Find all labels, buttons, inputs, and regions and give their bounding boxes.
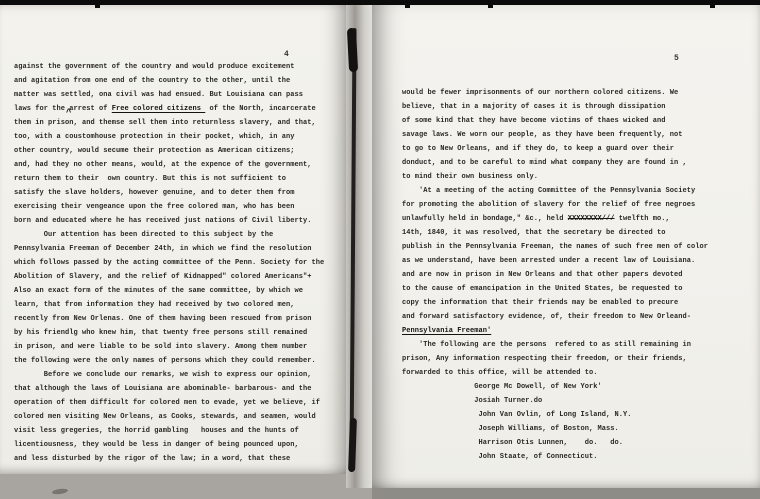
text-line: licentiousness, they would be less in da… <box>14 438 324 452</box>
text-segment: other country, would secume their protec… <box>14 147 295 155</box>
text-segment: John Van Ovlin, of Long Island, N.Y. <box>402 411 632 419</box>
text-segment: and forward satisfactory evidence, of, t… <box>402 313 691 321</box>
text-line: George Mc Dowell, of New York' <box>402 380 708 394</box>
text-segment: Our attention has been directed to this … <box>14 231 273 239</box>
text-segment: Before we conclude our remarks, we wish … <box>14 371 312 379</box>
text-segment: 'The following are the persons refered t… <box>402 341 691 349</box>
text-segment: unlawfully held in bondage," &c., held <box>402 215 568 223</box>
text-segment: by his friendlg who knew him, that twent… <box>14 329 307 337</box>
text-line: John Van Ovlin, of Long Island, N.Y. <box>402 408 708 422</box>
text-segment: as we understand, have been arrested und… <box>402 257 695 265</box>
page-number: 5 <box>674 54 679 63</box>
text-segment: 14th, 1840, it was resolved, that the se… <box>402 229 666 237</box>
text-segment: to go to New Orleans, and if they do, to… <box>402 145 674 153</box>
text-segment: George Mc Dowell, of New York' <box>402 383 602 391</box>
text-segment: return them to their own country. But th… <box>14 175 286 183</box>
underlined-text: Free colored citizens <box>112 105 206 113</box>
scanner-top-edge <box>0 0 760 5</box>
text-line: Also an exact form of the minutes of the… <box>14 284 324 298</box>
text-line: which follows passed by the acting commi… <box>14 256 324 270</box>
text-segment: learn, that from information they had re… <box>14 301 295 309</box>
text-segment: which follows passed by the acting commi… <box>14 259 324 267</box>
text-line: savage laws. We worn our people, as they… <box>402 128 708 142</box>
text-segment: operation of them difficult for colored … <box>14 399 320 407</box>
text-line: other country, would secume their protec… <box>14 144 324 158</box>
text-line: copy the information that their friends … <box>402 296 708 310</box>
binding-mark <box>488 5 493 8</box>
text-line: colored men visiting New Orleans, as Coo… <box>14 410 324 424</box>
text-segment: would be fewer imprisonments of our nort… <box>402 89 678 97</box>
text-line: forwarded to this office, will be attend… <box>402 366 708 380</box>
struck-out-text: XXXXXXXX/// <box>568 215 615 223</box>
ink-smudge <box>52 488 69 495</box>
binding-mark <box>405 5 410 8</box>
text-segment: Joseph Williams, of Boston, Mass. <box>402 425 619 433</box>
text-segment: and are now in prison in New Orleans and… <box>402 271 683 279</box>
text-line: recently from New Orlenas. One of them h… <box>14 312 324 326</box>
text-segment: publish in the Pennsylvania Freeman, the… <box>402 243 708 251</box>
text-segment: Pennsylvania Freeman of December 24th, i… <box>14 245 312 253</box>
left-page-text: against the government of the country an… <box>14 60 324 466</box>
text-line: against the government of the country an… <box>14 60 324 74</box>
text-line: matter was settled, ona civil was had en… <box>14 88 324 102</box>
text-segment: to the cause of emancipation in the Unit… <box>402 285 683 293</box>
text-line: John Staate, of Connecticut. <box>402 450 708 464</box>
text-segment: John Staate, of Connecticut. <box>402 453 598 461</box>
text-segment: and less disturbed by the rigor of the l… <box>14 455 290 463</box>
text-segment: and, had they no other means, would, at … <box>14 161 312 169</box>
text-line: exercising their vengeance upon the free… <box>14 200 324 214</box>
text-line: believe, that in a majority of cases it … <box>402 100 708 114</box>
text-segment: copy the information that their friends … <box>402 299 678 307</box>
text-line: and forward satisfactory evidence, of, t… <box>402 310 708 324</box>
text-segment: Abolition of Slavery, and the relief of … <box>14 273 312 281</box>
page-number: 4 <box>284 50 289 59</box>
text-segment: savage laws. We worn our people, as they… <box>402 131 683 139</box>
text-segment: donduct, and to be careful to mind what … <box>402 159 687 167</box>
text-segment: the following were the only names of per… <box>14 357 316 365</box>
text-line: Harrison Otis Lunnen, do. do. <box>402 436 708 450</box>
text-line: for promoting the abolition of slavery f… <box>402 198 708 212</box>
text-line: in prison, and were liable to be sold in… <box>14 340 324 354</box>
text-line: and are now in prison in New Orleans and… <box>402 268 708 282</box>
text-segment: born and educated where he has received … <box>14 217 312 225</box>
text-line: unlawfully held in bondage," &c., held X… <box>402 212 708 226</box>
binding-mark <box>710 5 715 8</box>
text-segment: that although the laws of Louisiana are … <box>14 385 312 393</box>
text-segment: prison, Any information respecting their… <box>402 355 687 363</box>
text-line: by his friendlg who knew him, that twent… <box>14 326 324 340</box>
text-line: return them to their own country. But th… <box>14 172 324 186</box>
text-line: prison, Any information respecting their… <box>402 352 708 366</box>
text-line: Our attention has been directed to this … <box>14 228 324 242</box>
text-line: Before we conclude our remarks, we wish … <box>14 368 324 382</box>
text-segment: visit less gregeries, the horrid gamblin… <box>14 427 299 435</box>
text-line: Pennsylvania Freeman of December 24th, i… <box>14 242 324 256</box>
text-line: Josiah Turner.do <box>402 394 708 408</box>
binding-mark <box>95 5 100 8</box>
text-line: 14th, 1840, it was resolved, that the se… <box>402 226 708 240</box>
text-segment: believe, that in a majority of cases it … <box>402 103 666 111</box>
text-line: and, had they no other means, would, at … <box>14 158 324 172</box>
text-line: laws for the arrest of Free colored citi… <box>14 102 324 116</box>
right-page-text: would be fewer imprisonments of our nort… <box>402 86 708 464</box>
text-segment: matter was settled, ona civil was had en… <box>14 91 303 99</box>
text-line: that although the laws of Louisiana are … <box>14 382 324 396</box>
right-page: 5 would be fewer imprisonments of our no… <box>372 4 760 488</box>
text-line: 'At a meeting of the acting Committee of… <box>402 184 708 198</box>
text-segment: satisfy the slave holders, however genui… <box>14 189 295 197</box>
text-segment: of some kind that they have become victi… <box>402 117 666 125</box>
text-line: them in prison, and themse sell them int… <box>14 116 324 130</box>
text-segment: forwarded to this office, will be attend… <box>402 369 598 377</box>
text-line: Joseph Williams, of Boston, Mass. <box>402 422 708 436</box>
text-line: publish in the Pennsylvania Freeman, the… <box>402 240 708 254</box>
text-segment: to mind their own business only. <box>402 173 538 181</box>
text-line: learn, that from information they had re… <box>14 298 324 312</box>
text-line: Abolition of Slavery, and the relief of … <box>14 270 324 284</box>
text-line: of some kind that they have become victi… <box>402 114 708 128</box>
text-segment: Harrison Otis Lunnen, do. do. <box>402 439 623 447</box>
text-line: and agitation from one end of the countr… <box>14 74 324 88</box>
text-line: visit less gregeries, the horrid gamblin… <box>14 424 324 438</box>
text-segment: Josiah Turner.do <box>402 397 542 405</box>
text-segment: recently from New Orlenas. One of them h… <box>14 315 312 323</box>
text-segment: too, with a coustomhouse protection in t… <box>14 133 295 141</box>
text-segment: of the North, incarcerate <box>205 105 316 113</box>
text-line: too, with a coustomhouse protection in t… <box>14 130 324 144</box>
text-segment: and agitation from one end of the countr… <box>14 77 290 85</box>
text-line: operation of them difficult for colored … <box>14 396 324 410</box>
text-segment: against the government of the country an… <box>14 63 295 71</box>
text-segment: colored men visiting New Orleans, as Coo… <box>14 413 316 421</box>
text-line: donduct, and to be careful to mind what … <box>402 156 708 170</box>
underlined-text: Pennsylvania Freeman' <box>402 327 491 335</box>
text-line: satisfy the slave holders, however genui… <box>14 186 324 200</box>
text-segment: twelfth mo., <box>615 215 670 223</box>
text-line: to the cause of emancipation in the Unit… <box>402 282 708 296</box>
text-line: the following were the only names of per… <box>14 354 324 368</box>
text-line: born and educated where he has received … <box>14 214 324 228</box>
text-segment: in prison, and were liable to be sold in… <box>14 343 307 351</box>
text-line: as we understand, have been arrested und… <box>402 254 708 268</box>
text-line: and less disturbed by the rigor of the l… <box>14 452 324 466</box>
text-line: Pennsylvania Freeman' <box>402 324 708 338</box>
left-page: 4 against the government of the country … <box>0 4 346 474</box>
text-segment: for promoting the abolition of slavery f… <box>402 201 695 209</box>
scan-background-strip <box>372 488 760 499</box>
text-line: would be fewer imprisonments of our nort… <box>402 86 708 100</box>
text-line: 'The following are the persons refered t… <box>402 338 708 352</box>
text-segment: them in prison, and themse sell them int… <box>14 119 316 127</box>
document-scan: 4 against the government of the country … <box>0 0 760 499</box>
text-segment: exercising their vengeance upon the free… <box>14 203 295 211</box>
text-segment: 'At a meeting of the acting Committee of… <box>402 187 695 195</box>
text-segment: licentiousness, they would be less in da… <box>14 441 299 449</box>
text-line: to go to New Orleans, and if they do, to… <box>402 142 708 156</box>
text-segment: laws for the arrest of <box>14 105 112 113</box>
text-segment: Also an exact form of the minutes of the… <box>14 287 303 295</box>
text-line: to mind their own business only. <box>402 170 708 184</box>
insertion-caret-mark: ^ <box>66 108 71 118</box>
